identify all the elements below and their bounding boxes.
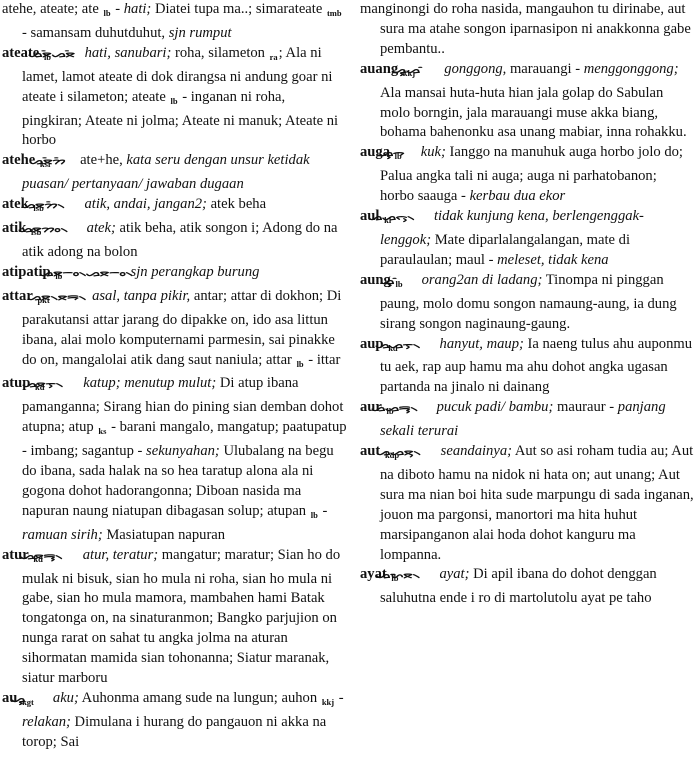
batak-script-glyph: ᯀᯮᯎ xyxy=(406,144,420,164)
dictionary-entry: ayat lbᯀᯛᯖ᯲ayat; Di apil ibana do dohot … xyxy=(360,565,694,609)
definition-italic: kuk; xyxy=(421,144,446,160)
batak-script-glyph: ᯀᯖᯪᯇ᯲ᯀᯖᯪᯇ᯲ xyxy=(66,264,146,284)
entry-text: Masiatupan napuran xyxy=(103,527,225,543)
definition-italic: gonggong, xyxy=(444,61,506,77)
definition-italic: relakan; xyxy=(22,714,71,730)
dictionary-entry: au kgtᯀᯮaku; Auhonma amang sude na lungu… xyxy=(2,689,348,753)
entry-text: mauraur - xyxy=(553,399,617,415)
dictionary-entry: atehe ksrᯀᯖᯩᯂᯩate+he, kata seru dengan u… xyxy=(2,151,348,195)
entry-continuation: atehe, ateate; ate lb - hati; Diatei tup… xyxy=(2,0,348,44)
definition-italic: meleset, tidak kena xyxy=(497,252,608,268)
batak-script-glyph: ᯀᯀᯮᯖ᯲ xyxy=(403,443,447,463)
entry-text: Diatei tupa ma..; simarateate xyxy=(151,1,326,17)
word-class-tag: kkj xyxy=(322,697,334,707)
definition-italic: sekunyahan; xyxy=(146,443,220,459)
definition-italic: pucuk padi/ bambu; xyxy=(437,399,554,415)
dictionary-entry: atup kdᯀᯖᯮᯇ᯲katup; menutup mulut; Di atu… xyxy=(2,374,348,545)
definition-italic: sjn rumput xyxy=(169,25,232,41)
definition-italic: hanyut, maup; xyxy=(440,336,524,352)
batak-script-glyph: ᯀᯖᯩᯂ᯲ xyxy=(48,196,91,216)
batak-script-glyph: ᯀᯀᯮᯞ᯲ xyxy=(395,208,441,228)
definition-italic: ramuan sirih; xyxy=(22,527,103,543)
entry-text: manginongi do roha nasida, mangauhon tu … xyxy=(360,1,691,57)
definition-italic: sjn perangkap burung xyxy=(131,264,260,280)
word-class-tag: tmb xyxy=(327,8,342,18)
definition-italic: seandainya; xyxy=(441,443,512,459)
word-class-tag: ks xyxy=(98,426,106,436)
entry-text: marauangi - xyxy=(506,61,583,77)
batak-script-glyph: ᯀᯖᯮᯒ᯲ xyxy=(47,547,89,567)
entry-text: Auhonma amang sude na lungun; auhon xyxy=(79,690,321,706)
entry-text: - xyxy=(112,1,124,17)
dictionary-entry: atipatip lbᯀᯖᯪᯇ᯲ᯀᯖᯪᯇ᯲sjn perangkap burun… xyxy=(2,263,348,287)
word-class-tag: lb xyxy=(170,96,177,106)
definition-italic: aku; xyxy=(53,690,79,706)
definition-italic: katup; menutup mulut; xyxy=(83,375,216,391)
definition-italic: asal, tanpa pikir, xyxy=(92,288,190,304)
entry-text: Ala mansai huta-huta hian jala golap do … xyxy=(380,85,687,141)
dictionary-entry: aup kdᯀᯀᯮᯇ᯲hanyut, maup; Ia naeng tulus … xyxy=(360,335,694,399)
dictionary-entry: ateate lbᯀᯖᯩᯀᯖᯩhati, sanubari; roha, sil… xyxy=(2,44,348,152)
batak-script-glyph: ᯀᯖᯩᯀᯖᯩ xyxy=(55,45,88,65)
dictionary-entry: atek lsbᯀᯖᯩᯂ᯲atik, andai, jangan2; atek … xyxy=(2,195,348,219)
dictionary-entry: auang kkjᯀᯮᯀᯰgonggong, marauangi - mengg… xyxy=(360,60,694,144)
dictionary-column-right: manginongi do roha nasida, mangauhon tu … xyxy=(360,0,694,609)
batak-script-glyph: ᯀᯀᯮᯇ᯲ xyxy=(402,336,446,356)
definition-italic: atik, andai, jangan2; xyxy=(85,196,207,212)
word-class-tag: lb xyxy=(297,359,304,369)
definition-italic: atur, teratur; xyxy=(83,547,158,563)
entry-text: atehe, ateate; ate xyxy=(2,1,102,17)
definition-italic: kerbau dua ekor xyxy=(470,188,566,204)
dictionary-column-left: atehe, ateate; ate lb - hati; Diatei tup… xyxy=(2,0,348,753)
dictionary-entry: attar pktᯀᯖ᯲ᯖᯒ᯲asal, tanpa pikir, antar;… xyxy=(2,287,348,375)
batak-script-glyph: ᯀᯖᯮᯇ᯲ xyxy=(49,375,89,395)
batak-script-glyph: ᯀᯖᯪᯂ᯲ xyxy=(45,220,94,240)
word-class-tag: lb xyxy=(311,510,318,520)
entry-text: roha, silameton xyxy=(171,45,268,61)
entry-text: atek beha xyxy=(207,196,266,212)
entry-text: - ittar xyxy=(305,352,341,368)
dictionary-entry: aut kdpᯀᯀᯮᯖ᯲seandainya; Aut so asi roham… xyxy=(360,442,694,565)
batak-script-glyph: ᯀᯀᯮᯒ᯲ xyxy=(398,399,444,419)
dictionary-entry: aul klᯀᯀᯮᯞ᯲tidak kunjung kena, berlengen… xyxy=(360,207,694,271)
entry-text: ate+he, xyxy=(80,152,126,168)
dictionary-entry: aung lbᯀᯮᯰorang2an di ladang; Tinompa ni… xyxy=(360,271,694,335)
dictionary-entry: atik lsbᯀᯖᯪᯂ᯲atek; atik beha, atik songo… xyxy=(2,219,348,263)
dictionary-entry: auga lbᯀᯮᯎkuk; Ianggo na manuhuk auga ho… xyxy=(360,143,694,207)
entry-continuation: manginongi do roha nasida, mangauhon tu … xyxy=(360,0,694,60)
entry-text: - samansam duhutduhut, xyxy=(22,25,169,41)
entry-text: mangatur; maratur; Sian ho do mulak ni b… xyxy=(22,547,340,686)
word-class-tag: lb xyxy=(395,279,402,289)
entry-text: - xyxy=(335,690,344,706)
batak-script-glyph: ᯀᯖᯩᯂᯩ xyxy=(56,152,82,172)
dictionary-entry: aur lbᯀᯀᯮᯒ᯲pucuk padi/ bambu; mauraur - … xyxy=(360,398,694,442)
batak-script-glyph: ᯀᯮᯀᯰ xyxy=(419,61,446,81)
batak-script-glyph: ᯀᯖ᯲ᯖᯒ᯲ xyxy=(54,288,99,308)
batak-script-glyph: ᯀᯮᯰ xyxy=(407,272,421,292)
definition-italic: hati, sanubari; xyxy=(85,45,172,61)
definition-italic: menggonggong; xyxy=(584,61,679,77)
batak-script-glyph: ᯀᯛᯖ᯲ xyxy=(403,566,446,586)
word-class-tag: ra xyxy=(270,52,278,62)
definition-italic: hati; xyxy=(124,1,152,17)
batak-script-glyph: ᯀᯮ xyxy=(38,690,52,710)
entry-text: - xyxy=(319,503,328,519)
definition-italic: orang2an di ladang; xyxy=(422,272,543,288)
dictionary-entry: atur kdᯀᯖᯮᯒ᯲atur, teratur; mangatur; mar… xyxy=(2,546,348,689)
word-class-tag: lb xyxy=(103,8,110,18)
